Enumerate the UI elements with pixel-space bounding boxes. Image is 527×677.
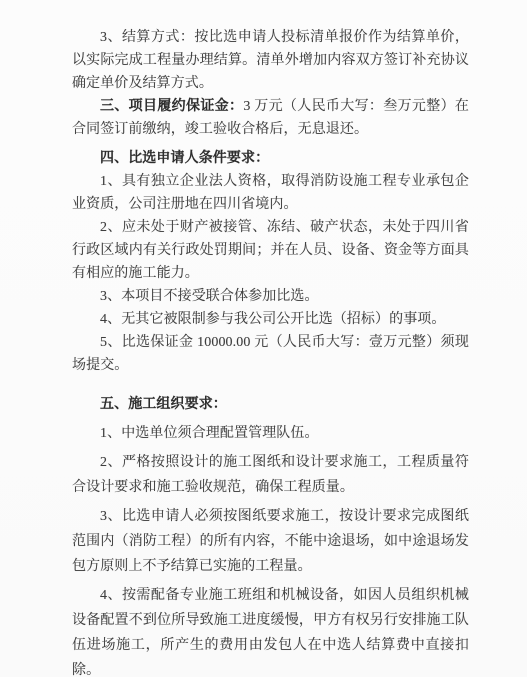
paragraph-text: 5、比选保证金 10000.00 元（人民币大写：壹万元整）须现场提交。 <box>72 335 469 373</box>
paragraph-org-requirement-4: 4、按需配备专业施工班组和机械设备，如因人员组织机械设备配置不到位所导致施工进度… <box>72 583 469 677</box>
section-settlement-and-conditions: 3、结算方式：按比选申请人投标清单报价作为结算单价，以实际完成工程量办理结算。清… <box>72 26 469 377</box>
paragraph-text: 4、无其它被限制参与我公司公开比选（招标）的事项。 <box>100 312 446 327</box>
paragraph-org-requirement-3: 3、比选申请人必须按图纸要求施工，按设计要求完成图纸范围内（消防工程）的所有内容… <box>72 504 469 579</box>
section-heading-applicant-requirements: 四、比选申请人条件要求： <box>72 147 469 170</box>
paragraph-settlement-method: 3、结算方式：按比选申请人投标清单报价作为结算单价，以实际完成工程量办理结算。清… <box>72 26 469 95</box>
section-heading-text: 四、比选申请人条件要求： <box>100 151 269 166</box>
paragraph-text: 4、按需配备专业施工班组和机械设备，如因人员组织机械设备配置不到位所导致施工进度… <box>72 588 469 677</box>
paragraph-text: 2、应未处于财产被接管、冻结、破产状态，未处于四川省行政区域内有关行政处罚期间；… <box>72 220 469 281</box>
paragraph-text: 1、具有独立企业法人资格，取得消防设施工程专业承包企业资质，公司注册地在四川省境… <box>72 174 469 212</box>
document-page: 3、结算方式：按比选申请人投标清单报价作为结算单价，以实际完成工程量办理结算。清… <box>0 0 527 677</box>
paragraph-org-requirement-2: 2、严格按照设计的施工图纸和设计要求施工，工程质量符合设计要求和施工验收规范，确… <box>72 450 469 500</box>
paragraph-requirement-2: 2、应未处于财产被接管、冻结、破产状态，未处于四川省行政区域内有关行政处罚期间；… <box>72 216 469 285</box>
section-heading-construction-organization: 五、施工组织要求： <box>72 392 469 417</box>
paragraph-text: 2、严格按照设计的施工图纸和设计要求施工，工程质量符合设计要求和施工验收规范，确… <box>72 455 469 495</box>
paragraph-text: 3、比选申请人必须按图纸要求施工，按设计要求完成图纸范围内（消防工程）的所有内容… <box>72 509 469 574</box>
section-heading-text: 五、施工组织要求： <box>100 397 227 412</box>
paragraph-requirement-3: 3、本项目不接受联合体参加比选。 <box>72 285 469 308</box>
paragraph-text: 1、中选单位须合理配置管理队伍。 <box>100 426 319 441</box>
paragraph-org-requirement-1: 1、中选单位须合理配置管理队伍。 <box>72 421 469 446</box>
paragraph-requirement-1: 1、具有独立企业法人资格，取得消防设施工程专业承包企业资质，公司注册地在四川省境… <box>72 170 469 216</box>
paragraph-performance-bond: 三、项目履约保证金：3 万元（人民币大写：叁万元整）在合同签订前缴纳，竣工验收合… <box>72 95 469 141</box>
paragraph-text: 3、本项目不接受联合体参加比选。 <box>100 289 319 304</box>
performance-bond-heading-text: 三、项目履约保证金： <box>100 99 243 114</box>
section-construction-organization: 五、施工组织要求： 1、中选单位须合理配置管理队伍。 2、严格按照设计的施工图纸… <box>72 392 469 677</box>
paragraph-text: 3、结算方式：按比选申请人投标清单报价作为结算单价，以实际完成工程量办理结算。清… <box>72 30 469 91</box>
paragraph-requirement-5: 5、比选保证金 10000.00 元（人民币大写：壹万元整）须现场提交。 <box>72 331 469 377</box>
paragraph-requirement-4: 4、无其它被限制参与我公司公开比选（招标）的事项。 <box>72 308 469 331</box>
